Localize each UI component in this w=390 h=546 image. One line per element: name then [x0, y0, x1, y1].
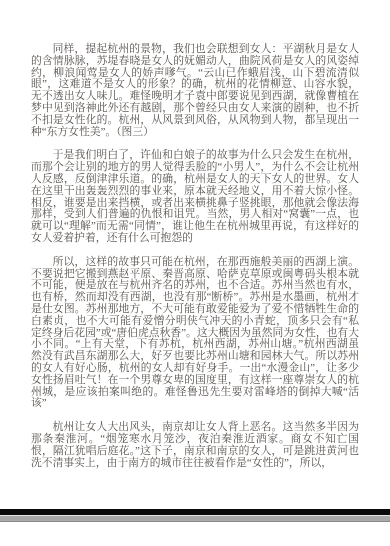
- paragraph-2: 于是我们明白了，许仙和白娘子的故事为什么只会发生在杭州，而那个会让别的地方的男人…: [31, 150, 359, 244]
- article-body: 同样，提起杭州的景物，我们也会联想到女人：平湖秋月是女人的含情脉脉，苏堤春晓是女…: [31, 44, 359, 481]
- document-page: 同样，提起杭州的景物，我们也会联想到女人：平湖秋月是女人的含情脉脉，苏堤春晓是女…: [0, 0, 390, 546]
- page-bottom-border: [0, 509, 390, 522]
- border-bar-edge: [0, 521, 390, 522]
- paragraph-1: 同样，提起杭州的景物，我们也会联想到女人：平湖秋月是女人的含情脉脉，苏堤春晓是女…: [31, 44, 359, 138]
- paragraph-4: 杭州让女人大出风头，南京却让女人背上恶名。这当然多半因为那条秦淮河。“烟笼寒水月…: [31, 422, 359, 469]
- paragraph-3: 所以，这样的故事只可能在杭州，在那西施般美丽的西湖上演。不要说把它搬到燕赵平原、…: [31, 257, 359, 410]
